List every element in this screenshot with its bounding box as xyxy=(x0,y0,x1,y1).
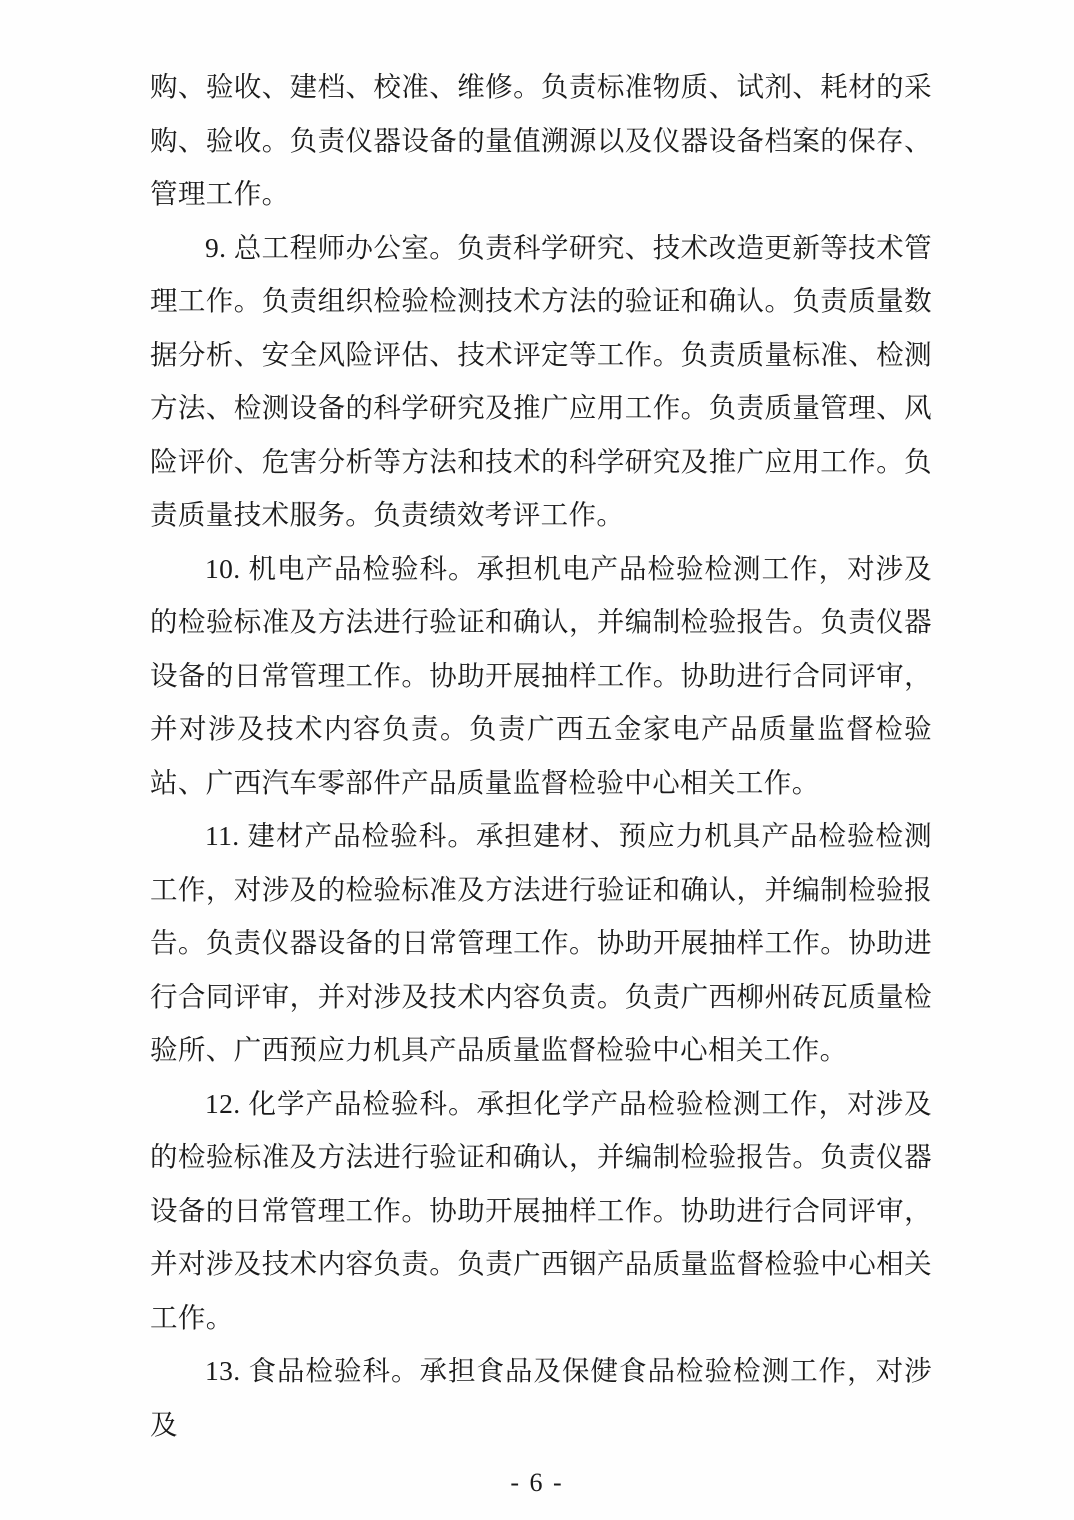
page-number: - 6 - xyxy=(510,1468,563,1497)
page: 购、验收、建档、校准、维修。负责标准物质、试剂、耗材的采购、验收。负责仪器设备的… xyxy=(0,0,1074,1520)
paragraph-item-12-chemical-products-inspection: 12. 化学产品检验科。承担化学产品检验检测工作，对涉及的检验标准及方法进行验证… xyxy=(150,1077,932,1345)
document-body: 购、验收、建档、校准、维修。负责标准物质、试剂、耗材的采购、验收。负责仪器设备的… xyxy=(150,60,932,1451)
paragraph-item-13-food-inspection: 13. 食品检验科。承担食品及保健食品检验检测工作，对涉及 xyxy=(150,1344,932,1451)
document-page-root: { "document": { "paragraphs": [ { "text"… xyxy=(0,0,1074,1520)
paragraph-item-11-building-materials-inspection: 11. 建材产品检验科。承担建材、预应力机具产品检验检测工作，对涉及的检验标准及… xyxy=(150,809,932,1077)
paragraph-continuation: 购、验收、建档、校准、维修。负责标准物质、试剂、耗材的采购、验收。负责仪器设备的… xyxy=(150,60,932,221)
paragraph-item-9-chief-engineer-office: 9. 总工程师办公室。负责科学研究、技术改造更新等技术管理工作。负责组织检验检测… xyxy=(150,221,932,542)
page-footer: - 6 - xyxy=(0,1468,1074,1498)
paragraph-item-10-electromechanical-inspection: 10. 机电产品检验科。承担机电产品检验检测工作，对涉及的检验标准及方法进行验证… xyxy=(150,542,932,810)
